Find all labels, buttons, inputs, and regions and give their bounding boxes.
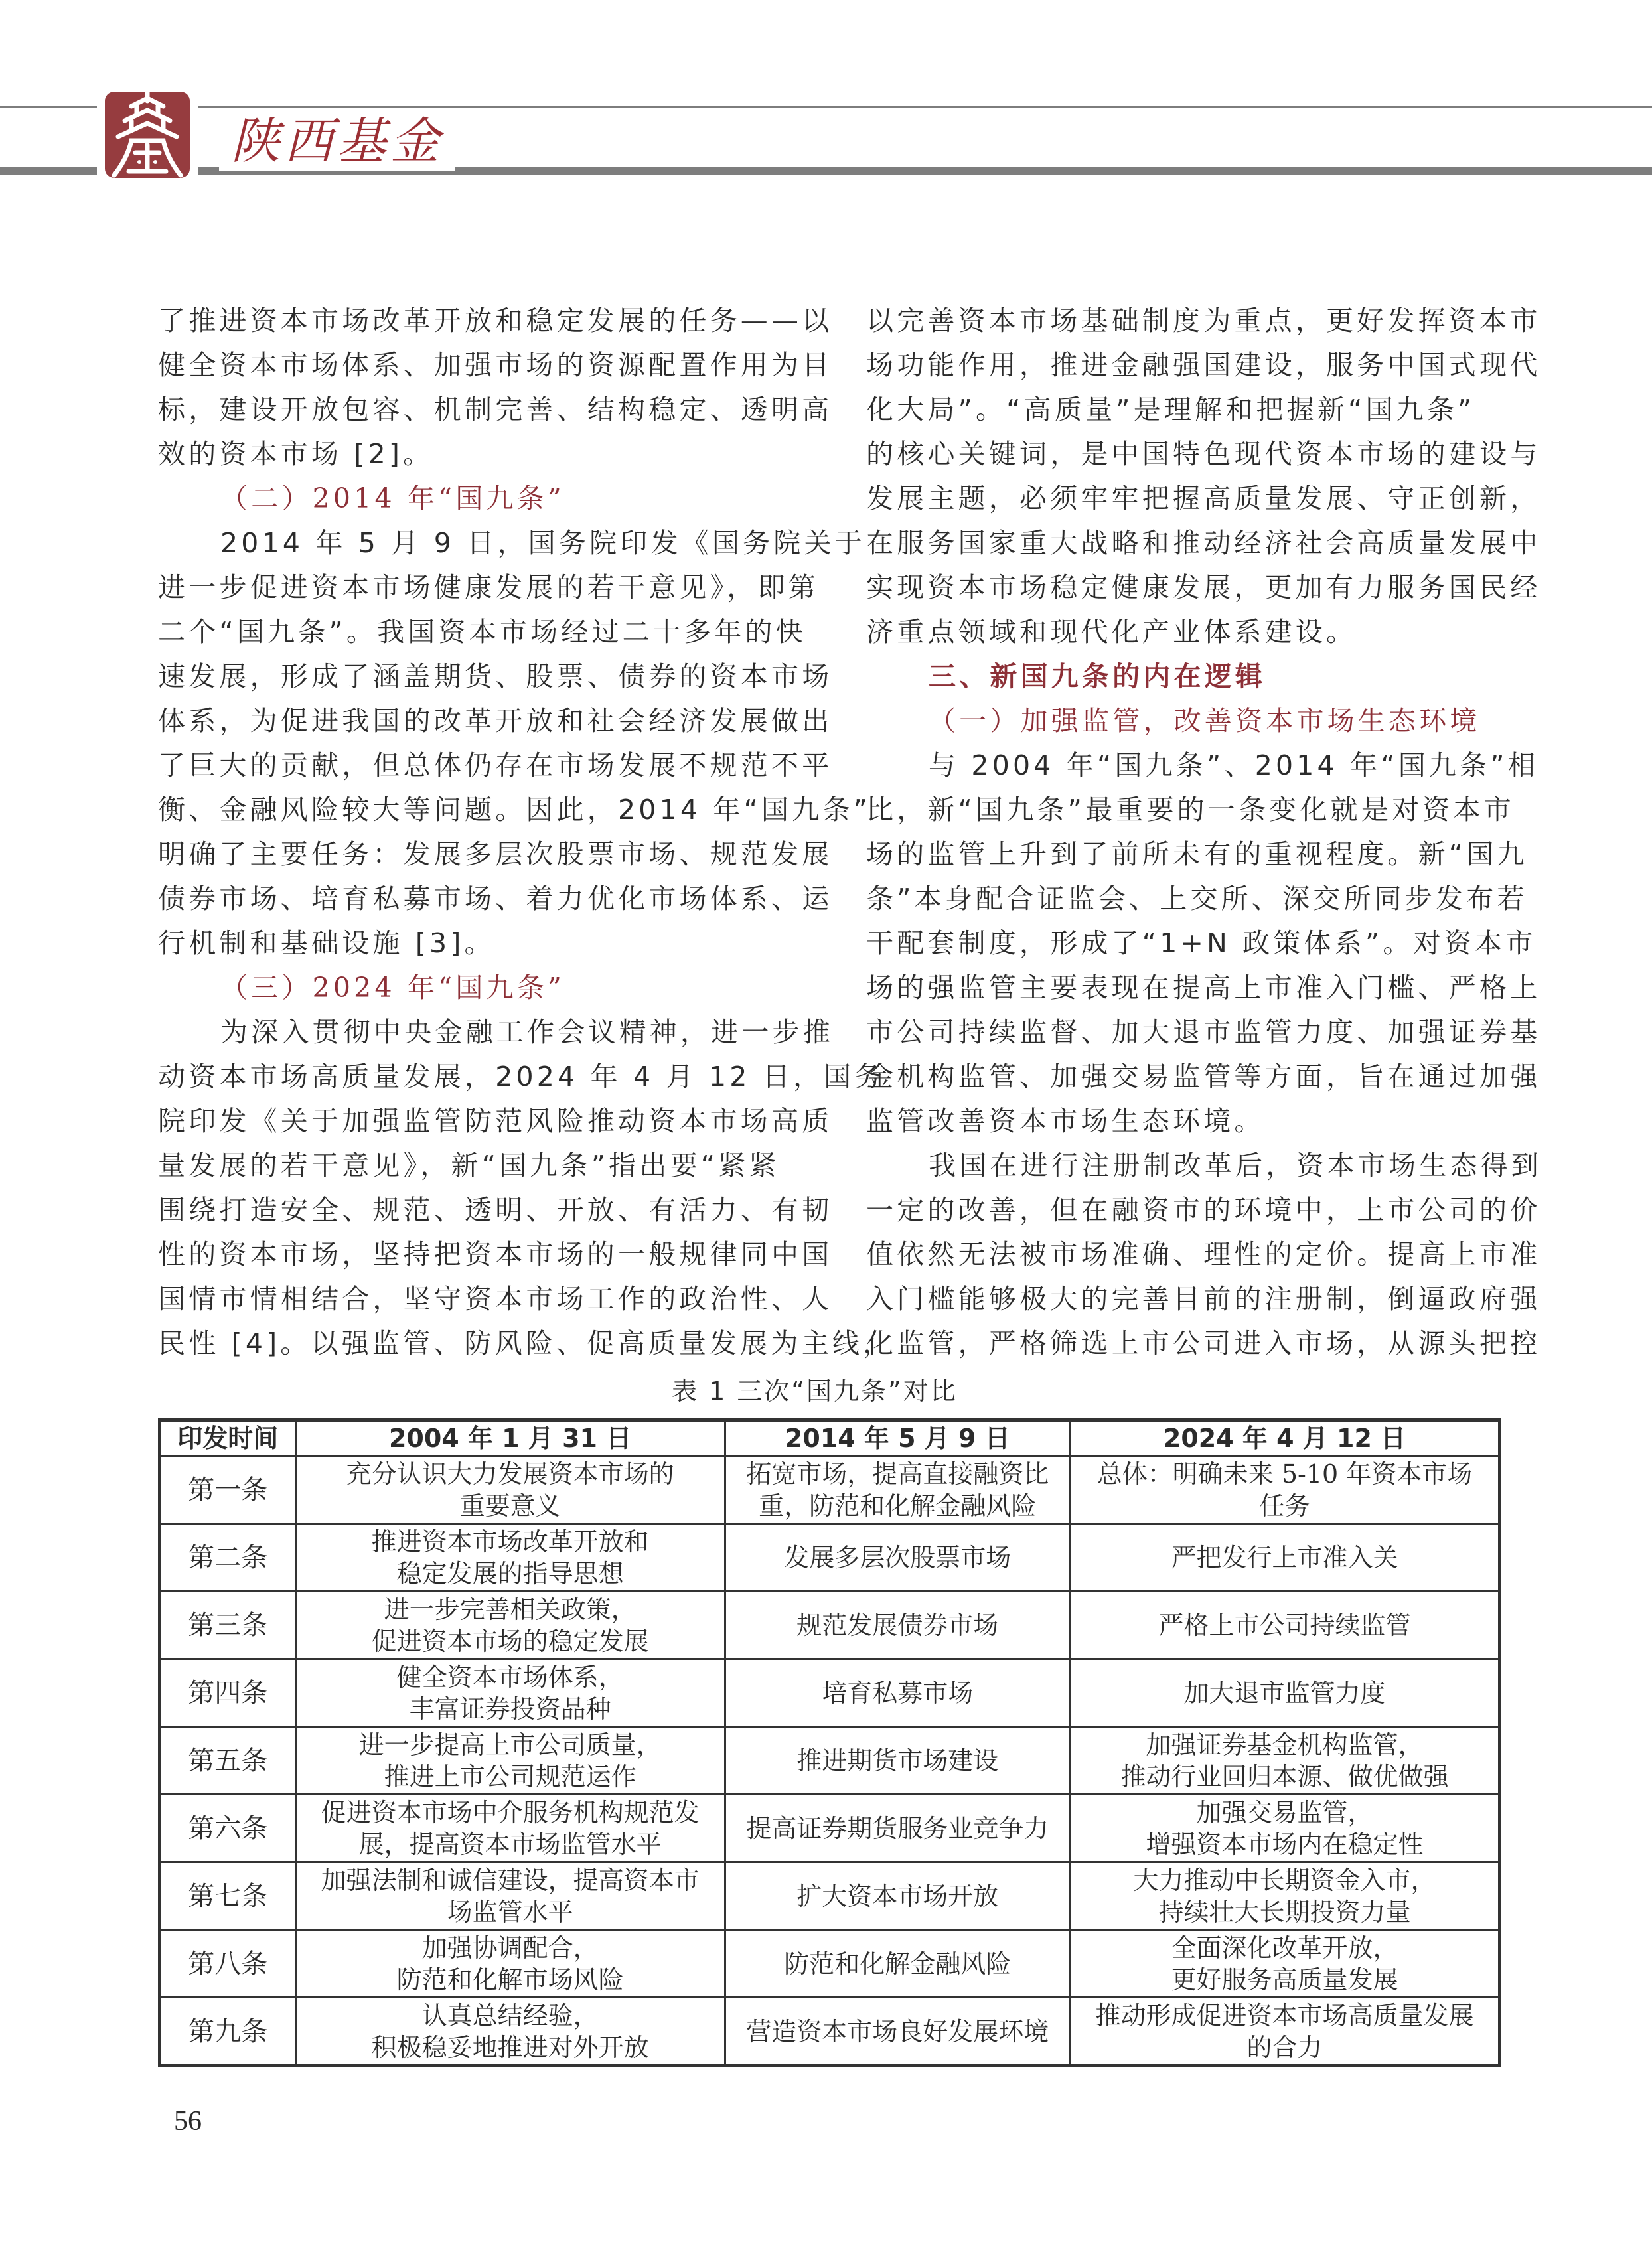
cell-line: 推动形成促进资本市场高质量发展 bbox=[1075, 2000, 1494, 2032]
body-line: 健全资本市场体系、加强市场的资源配置作用为目 bbox=[158, 343, 785, 388]
body-line: 一定的改善，但在融资市的环境中，上市公司的价 bbox=[866, 1188, 1503, 1233]
table-row: 第九条认真总结经验，积极稳妥地推进对外开放营造资本市场良好发展环境推动形成促进资… bbox=[160, 1998, 1500, 2066]
table-cell-y2014: 推进期货市场建设 bbox=[725, 1727, 1071, 1795]
table-cell-y2024: 严格上市公司持续监管 bbox=[1071, 1592, 1500, 1659]
table-cell-y2024: 总体：明确未来 5-10 年资本市场任务 bbox=[1071, 1456, 1500, 1524]
cell-line: 严把发行上市准入关 bbox=[1075, 1542, 1494, 1574]
table-cell-y2004: 进一步完善相关政策，促进资本市场的稳定发展 bbox=[295, 1592, 725, 1659]
body-line: 发展主题，必须牢牢把握高质量发展、守正创新， bbox=[866, 477, 1503, 521]
table-cell-y2014: 规范发展债券市场 bbox=[725, 1592, 1071, 1659]
table-cell-y2024: 加强证券基金机构监管，推动行业回归本源、做优做强 bbox=[1071, 1727, 1500, 1795]
body-line: 二个“国九条”。我国资本市场经过二十多年的快 bbox=[158, 610, 785, 654]
table-row: 第七条加强法制和诚信建设，提高资本市场监管水平扩大资本市场开放大力推动中长期资金… bbox=[160, 1862, 1500, 1930]
table-cell-y2014: 拓宽市场，提高直接融资比重，防范和化解金融风险 bbox=[725, 1456, 1071, 1524]
body-line: 效的资本市场 [2]。 bbox=[158, 432, 785, 477]
cell-line: 培育私募市场 bbox=[730, 1677, 1066, 1709]
body-line: 实现资本市场稳定健康发展，更加有力服务国民经 bbox=[866, 565, 1503, 610]
body-line: 院印发《关于加强监管防范风险推动资本市场高质 bbox=[158, 1099, 785, 1144]
body-line: 民性 [4]。以强监管、防风险、促高质量发展为主线， bbox=[158, 1321, 785, 1366]
body-line: 为深入贯彻中央金融工作会议精神，进一步推 bbox=[158, 1010, 785, 1055]
body-line: 体系，为促进我国的改革开放和社会经济发展做出 bbox=[158, 699, 785, 743]
table-body: 第一条充分认识大力发展资本市场的重要意义拓宽市场，提高直接融资比重，防范和化解金… bbox=[160, 1456, 1500, 2066]
row-label: 第二条 bbox=[160, 1524, 296, 1592]
cell-line: 拓宽市场，提高直接融资比 bbox=[730, 1458, 1066, 1490]
body-line: 济重点领域和现代化产业体系建设。 bbox=[866, 610, 1503, 654]
table-row: 第八条加强协调配合，防范和化解市场风险防范和化解金融风险全面深化改革开放，更好服… bbox=[160, 1930, 1500, 1998]
table-header: 2024 年 4 月 12 日 bbox=[1071, 1420, 1500, 1456]
table-cell-y2004: 认真总结经验，积极稳妥地推进对外开放 bbox=[295, 1998, 725, 2066]
row-label: 第九条 bbox=[160, 1998, 296, 2066]
body-line: 以完善资本市场基础制度为重点，更好发挥资本市 bbox=[866, 299, 1503, 343]
table-header: 2004 年 1 月 31 日 bbox=[295, 1420, 725, 1456]
cell-line: 重，防范和化解金融风险 bbox=[730, 1490, 1066, 1522]
row-label: 第七条 bbox=[160, 1862, 296, 1930]
table-cell-y2024: 大力推动中长期资金入市，持续壮大长期投资力量 bbox=[1071, 1862, 1500, 1930]
pagoda-seal-logo-icon bbox=[105, 92, 190, 178]
cell-line: 加大退市监管力度 bbox=[1075, 1677, 1494, 1709]
cell-line: 加强证券基金机构监管， bbox=[1075, 1729, 1494, 1761]
right-column: 以完善资本市场基础制度为重点，更好发挥资本市 场功能作用，推进金融强国建设，服务… bbox=[866, 299, 1503, 1366]
cell-line: 充分认识大力发展资本市场的 bbox=[301, 1458, 720, 1490]
cell-line: 促进资本市场中介服务机构规范发 bbox=[301, 1797, 720, 1829]
cell-line: 进一步提高上市公司质量， bbox=[301, 1729, 720, 1761]
cell-line: 重要意义 bbox=[301, 1490, 720, 1522]
row-label: 第一条 bbox=[160, 1456, 296, 1524]
body-line: 我国在进行注册制改革后，资本市场生态得到 bbox=[866, 1144, 1503, 1188]
body-line: 动资本市场高质量发展，2024 年 4 月 12 日，国务 bbox=[158, 1055, 785, 1099]
body-line: 速发展，形成了涵盖期货、股票、债券的资本市场 bbox=[158, 654, 785, 699]
cell-line: 促进资本市场的稳定发展 bbox=[301, 1625, 720, 1657]
table-row: 第四条健全资本市场体系，丰富证券投资品种培育私募市场加大退市监管力度 bbox=[160, 1659, 1500, 1727]
table-cell-y2014: 营造资本市场良好发展环境 bbox=[725, 1998, 1071, 2066]
table-row: 第五条进一步提高上市公司质量，推进上市公司规范运作推进期货市场建设加强证券基金机… bbox=[160, 1727, 1500, 1795]
cell-line: 认真总结经验， bbox=[301, 2000, 720, 2032]
comparison-table: 印发时间 2004 年 1 月 31 日 2014 年 5 月 9 日 2024… bbox=[158, 1418, 1501, 2067]
body-line: 了巨大的贡献，但总体仍存在市场发展不规范不平 bbox=[158, 743, 785, 788]
body-line: 量发展的若干意见》，新“国九条”指出要“紧紧 bbox=[158, 1144, 785, 1188]
table-caption: 表 1 三次“国九条”对比 bbox=[672, 1373, 958, 1410]
cell-line: 健全资本市场体系， bbox=[301, 1661, 720, 1693]
cell-line: 发展多层次股票市场 bbox=[730, 1542, 1066, 1574]
body-line: 化大局”。“高质量”是理解和把握新“国九条” bbox=[866, 388, 1503, 432]
body-line: 围绕打造安全、规范、透明、开放、有活力、有韧 bbox=[158, 1188, 785, 1233]
cell-line: 稳定发展的指导思想 bbox=[301, 1558, 720, 1590]
cell-line: 推进期货市场建设 bbox=[730, 1745, 1066, 1777]
pagoda-icon bbox=[105, 92, 190, 178]
subheading-2014: （二）2014 年“国九条” bbox=[158, 477, 785, 521]
body-line: 场的监管上升到了前所未有的重视程度。新“国九 bbox=[866, 832, 1503, 877]
cell-line: 加强法制和诚信建设，提高资本市 bbox=[301, 1864, 720, 1896]
body-line: 2014 年 5 月 9 日，国务院印发《国务院关于 bbox=[158, 521, 785, 565]
cell-line: 严格上市公司持续监管 bbox=[1075, 1609, 1494, 1641]
body-line: 值依然无法被市场准确、理性的定价。提高上市准 bbox=[866, 1233, 1503, 1277]
brand-title: 陕西基金 bbox=[219, 112, 455, 171]
table-cell-y2024: 推动形成促进资本市场高质量发展的合力 bbox=[1071, 1998, 1500, 2066]
cell-line: 增强资本市场内在稳定性 bbox=[1075, 1829, 1494, 1860]
cell-line: 推进上市公司规范运作 bbox=[301, 1761, 720, 1793]
table-header-row: 印发时间 2004 年 1 月 31 日 2014 年 5 月 9 日 2024… bbox=[160, 1420, 1500, 1456]
table-row: 第三条进一步完善相关政策，促进资本市场的稳定发展规范发展债券市场严格上市公司持续… bbox=[160, 1592, 1500, 1659]
cell-line: 任务 bbox=[1075, 1490, 1494, 1522]
row-label: 第八条 bbox=[160, 1930, 296, 1998]
body-line: 债券市场、培育私募市场、着力优化市场体系、运 bbox=[158, 877, 785, 921]
table-cell-y2024: 全面深化改革开放，更好服务高质量发展 bbox=[1071, 1930, 1500, 1998]
cell-line: 的合力 bbox=[1075, 2032, 1494, 2063]
table-cell-y2004: 加强法制和诚信建设，提高资本市场监管水平 bbox=[295, 1862, 725, 1930]
table-cell-y2004: 健全资本市场体系，丰富证券投资品种 bbox=[295, 1659, 725, 1727]
cell-line: 扩大资本市场开放 bbox=[730, 1880, 1066, 1912]
body-line: 比，新“国九条”最重要的一条变化就是对资本市 bbox=[866, 788, 1503, 832]
body-line: 标，建设开放包容、机制完善、结构稳定、透明高 bbox=[158, 388, 785, 432]
table-row: 第二条推进资本市场改革开放和稳定发展的指导思想发展多层次股票市场严把发行上市准入… bbox=[160, 1524, 1500, 1592]
subheading-regulation: （一）加强监管，改善资本市场生态环境 bbox=[866, 699, 1503, 743]
cell-line: 推动行业回归本源、做优做强 bbox=[1075, 1761, 1494, 1793]
row-label: 第三条 bbox=[160, 1592, 296, 1659]
page-number: 56 bbox=[174, 2105, 202, 2137]
table-header: 2014 年 5 月 9 日 bbox=[725, 1420, 1071, 1456]
table-cell-y2004: 促进资本市场中介服务机构规范发展，提高资本市场监管水平 bbox=[295, 1795, 725, 1862]
body-line: 进一步促进资本市场健康发展的若干意见》，即第 bbox=[158, 565, 785, 610]
body-line: 明确了主要任务：发展多层次股票市场、规范发展 bbox=[158, 832, 785, 877]
table-cell-y2014: 防范和化解金融风险 bbox=[725, 1930, 1071, 1998]
body-line: 的核心关键词，是中国特色现代资本市场的建设与 bbox=[866, 432, 1503, 477]
body-line: 行机制和基础设施 [3]。 bbox=[158, 921, 785, 966]
body-line: 了推进资本市场改革开放和稳定发展的任务——以 bbox=[158, 299, 785, 343]
body-line: 条”本身配合证监会、上交所、深交所同步发布若 bbox=[866, 877, 1503, 921]
body-line: 场功能作用，推进金融强国建设，服务中国式现代 bbox=[866, 343, 1503, 388]
table-cell-y2004: 充分认识大力发展资本市场的重要意义 bbox=[295, 1456, 725, 1524]
cell-line: 全面深化改革开放， bbox=[1075, 1932, 1494, 1964]
body-line: 市公司持续监督、加大退市监管力度、加强证券基 bbox=[866, 1010, 1503, 1055]
body-line: 性的资本市场，坚持把资本市场的一般规律同中国 bbox=[158, 1233, 785, 1277]
left-column: 了推进资本市场改革开放和稳定发展的任务——以 健全资本市场体系、加强市场的资源配… bbox=[158, 299, 785, 1366]
table-cell-y2024: 严把发行上市准入关 bbox=[1071, 1524, 1500, 1592]
body-line: 化监管，严格筛选上市公司进入市场，从源头把控 bbox=[866, 1321, 1503, 1366]
cell-line: 营造资本市场良好发展环境 bbox=[730, 2016, 1066, 2048]
cell-line: 推进资本市场改革开放和 bbox=[301, 1526, 720, 1558]
header-rule-thin bbox=[0, 106, 1652, 108]
header-logo bbox=[97, 85, 198, 185]
cell-line: 进一步完善相关政策， bbox=[301, 1594, 720, 1625]
cell-line: 规范发展债券市场 bbox=[730, 1609, 1066, 1641]
body-line: 国情市情相结合，坚守资本市场工作的政治性、人 bbox=[158, 1277, 785, 1321]
cell-line: 积极稳妥地推进对外开放 bbox=[301, 2032, 720, 2063]
row-label: 第四条 bbox=[160, 1659, 296, 1727]
row-label: 第五条 bbox=[160, 1727, 296, 1795]
table-cell-y2014: 提高证券期货服务业竞争力 bbox=[725, 1795, 1071, 1862]
subheading-2024: （三）2024 年“国九条” bbox=[158, 966, 785, 1010]
cell-line: 更好服务高质量发展 bbox=[1075, 1964, 1494, 1996]
body-line: 监管改善资本市场生态环境。 bbox=[866, 1099, 1503, 1144]
table-cell-y2004: 进一步提高上市公司质量，推进上市公司规范运作 bbox=[295, 1727, 725, 1795]
cell-line: 展，提高资本市场监管水平 bbox=[301, 1829, 720, 1860]
cell-line: 提高证券期货服务业竞争力 bbox=[730, 1813, 1066, 1844]
table-header: 印发时间 bbox=[160, 1420, 296, 1456]
cell-line: 加强协调配合， bbox=[301, 1932, 720, 1964]
cell-line: 防范和化解金融风险 bbox=[730, 1948, 1066, 1980]
body-line: 金机构监管、加强交易监管等方面，旨在通过加强 bbox=[866, 1055, 1503, 1099]
section-heading: 三、新国九条的内在逻辑 bbox=[866, 654, 1503, 699]
cell-line: 大力推动中长期资金入市， bbox=[1075, 1864, 1494, 1896]
table-cell-y2014: 培育私募市场 bbox=[725, 1659, 1071, 1727]
body-line: 场的强监管主要表现在提高上市准入门槛、严格上 bbox=[866, 966, 1503, 1010]
table-cell-y2024: 加强交易监管，增强资本市场内在稳定性 bbox=[1071, 1795, 1500, 1862]
body-line: 入门槛能够极大的完善目前的注册制，倒逼政府强 bbox=[866, 1277, 1503, 1321]
table-cell-y2004: 加强协调配合，防范和化解市场风险 bbox=[295, 1930, 725, 1998]
table-cell-y2004: 推进资本市场改革开放和稳定发展的指导思想 bbox=[295, 1524, 725, 1592]
body-line: 在服务国家重大战略和推动经济社会高质量发展中 bbox=[866, 521, 1503, 565]
row-label: 第六条 bbox=[160, 1795, 296, 1862]
table-cell-y2024: 加大退市监管力度 bbox=[1071, 1659, 1500, 1727]
cell-line: 丰富证券投资品种 bbox=[301, 1693, 720, 1725]
cell-line: 防范和化解市场风险 bbox=[301, 1964, 720, 1996]
body-line: 干配套制度，形成了“1+N 政策体系”。对资本市 bbox=[866, 921, 1503, 966]
table-row: 第一条充分认识大力发展资本市场的重要意义拓宽市场，提高直接融资比重，防范和化解金… bbox=[160, 1456, 1500, 1524]
cell-line: 场监管水平 bbox=[301, 1896, 720, 1928]
body-line: 与 2004 年“国九条”、2014 年“国九条”相 bbox=[866, 743, 1503, 788]
cell-line: 加强交易监管， bbox=[1075, 1797, 1494, 1829]
table-row: 第六条促进资本市场中介服务机构规范发展，提高资本市场监管水平提高证券期货服务业竞… bbox=[160, 1795, 1500, 1862]
table-cell-y2014: 扩大资本市场开放 bbox=[725, 1862, 1071, 1930]
cell-line: 总体：明确未来 5-10 年资本市场 bbox=[1075, 1458, 1494, 1490]
table-cell-y2014: 发展多层次股票市场 bbox=[725, 1524, 1071, 1592]
cell-line: 持续壮大长期投资力量 bbox=[1075, 1896, 1494, 1928]
body-line: 衡、金融风险较大等问题。因此，2014 年“国九条” bbox=[158, 788, 785, 832]
